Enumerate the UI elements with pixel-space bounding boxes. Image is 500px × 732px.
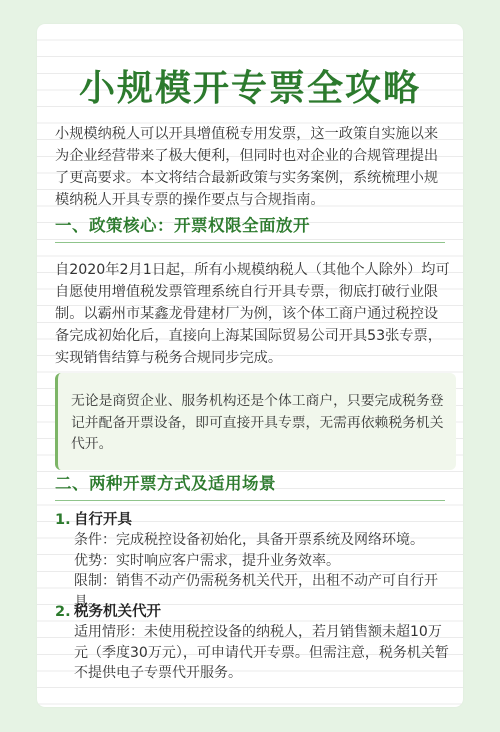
advantage-line: 优势：实时响应客户需求，提升业务效率。 xyxy=(74,551,455,572)
callout-note: 无论是商贸企业、服务机构还是个体工商户，只要完成税务登记并配备开票设备，即可直接… xyxy=(55,373,456,470)
list-number: 1. xyxy=(55,510,74,530)
list-number: 2. xyxy=(55,602,74,622)
callout-text: 无论是商贸企业、服务机构还是个体工商户，只要完成税务登记并配备开票设备，即可直接… xyxy=(71,393,444,452)
applicable-line: 适用情形：未使用税控设备的纳税人，若月销售额未超10万元（季度30万元），可申请… xyxy=(74,622,455,684)
condition-line: 条件：完成税控设备初始化，具备开票系统及网络环境。 xyxy=(74,530,455,551)
list-item-self-issue: 1.自行开具 条件：完成税控设备初始化，具备开票系统及网络环境。 优势：实时响应… xyxy=(55,510,455,612)
section-1-heading: 一、政策核心：开票权限全面放开 xyxy=(55,214,445,243)
article-card: 小规模开专票全攻略 小规模纳税人可以开具增值税专用发票，这一政策自实施以来为企业… xyxy=(37,24,463,707)
section-1-body: 自2020年2月1日起，所有小规模纳税人（其他个人除外）均可自愿使用增值税发票管… xyxy=(55,259,451,369)
section-2-heading: 二、两种开票方式及适用场景 xyxy=(55,472,445,501)
list-item-title: 税务机关代开 xyxy=(74,604,161,620)
article-title: 小规模开专票全攻略 xyxy=(37,65,463,113)
list-item-title: 自行开具 xyxy=(74,512,132,528)
intro-paragraph: 小规模纳税人可以开具增值税专用发票，这一政策自实施以来为企业经营带来了极大便利，… xyxy=(55,123,451,211)
list-item-tax-office-issue: 2.税务机关代开 适用情形：未使用税控设备的纳税人，若月销售额未超10万元（季度… xyxy=(55,602,455,684)
